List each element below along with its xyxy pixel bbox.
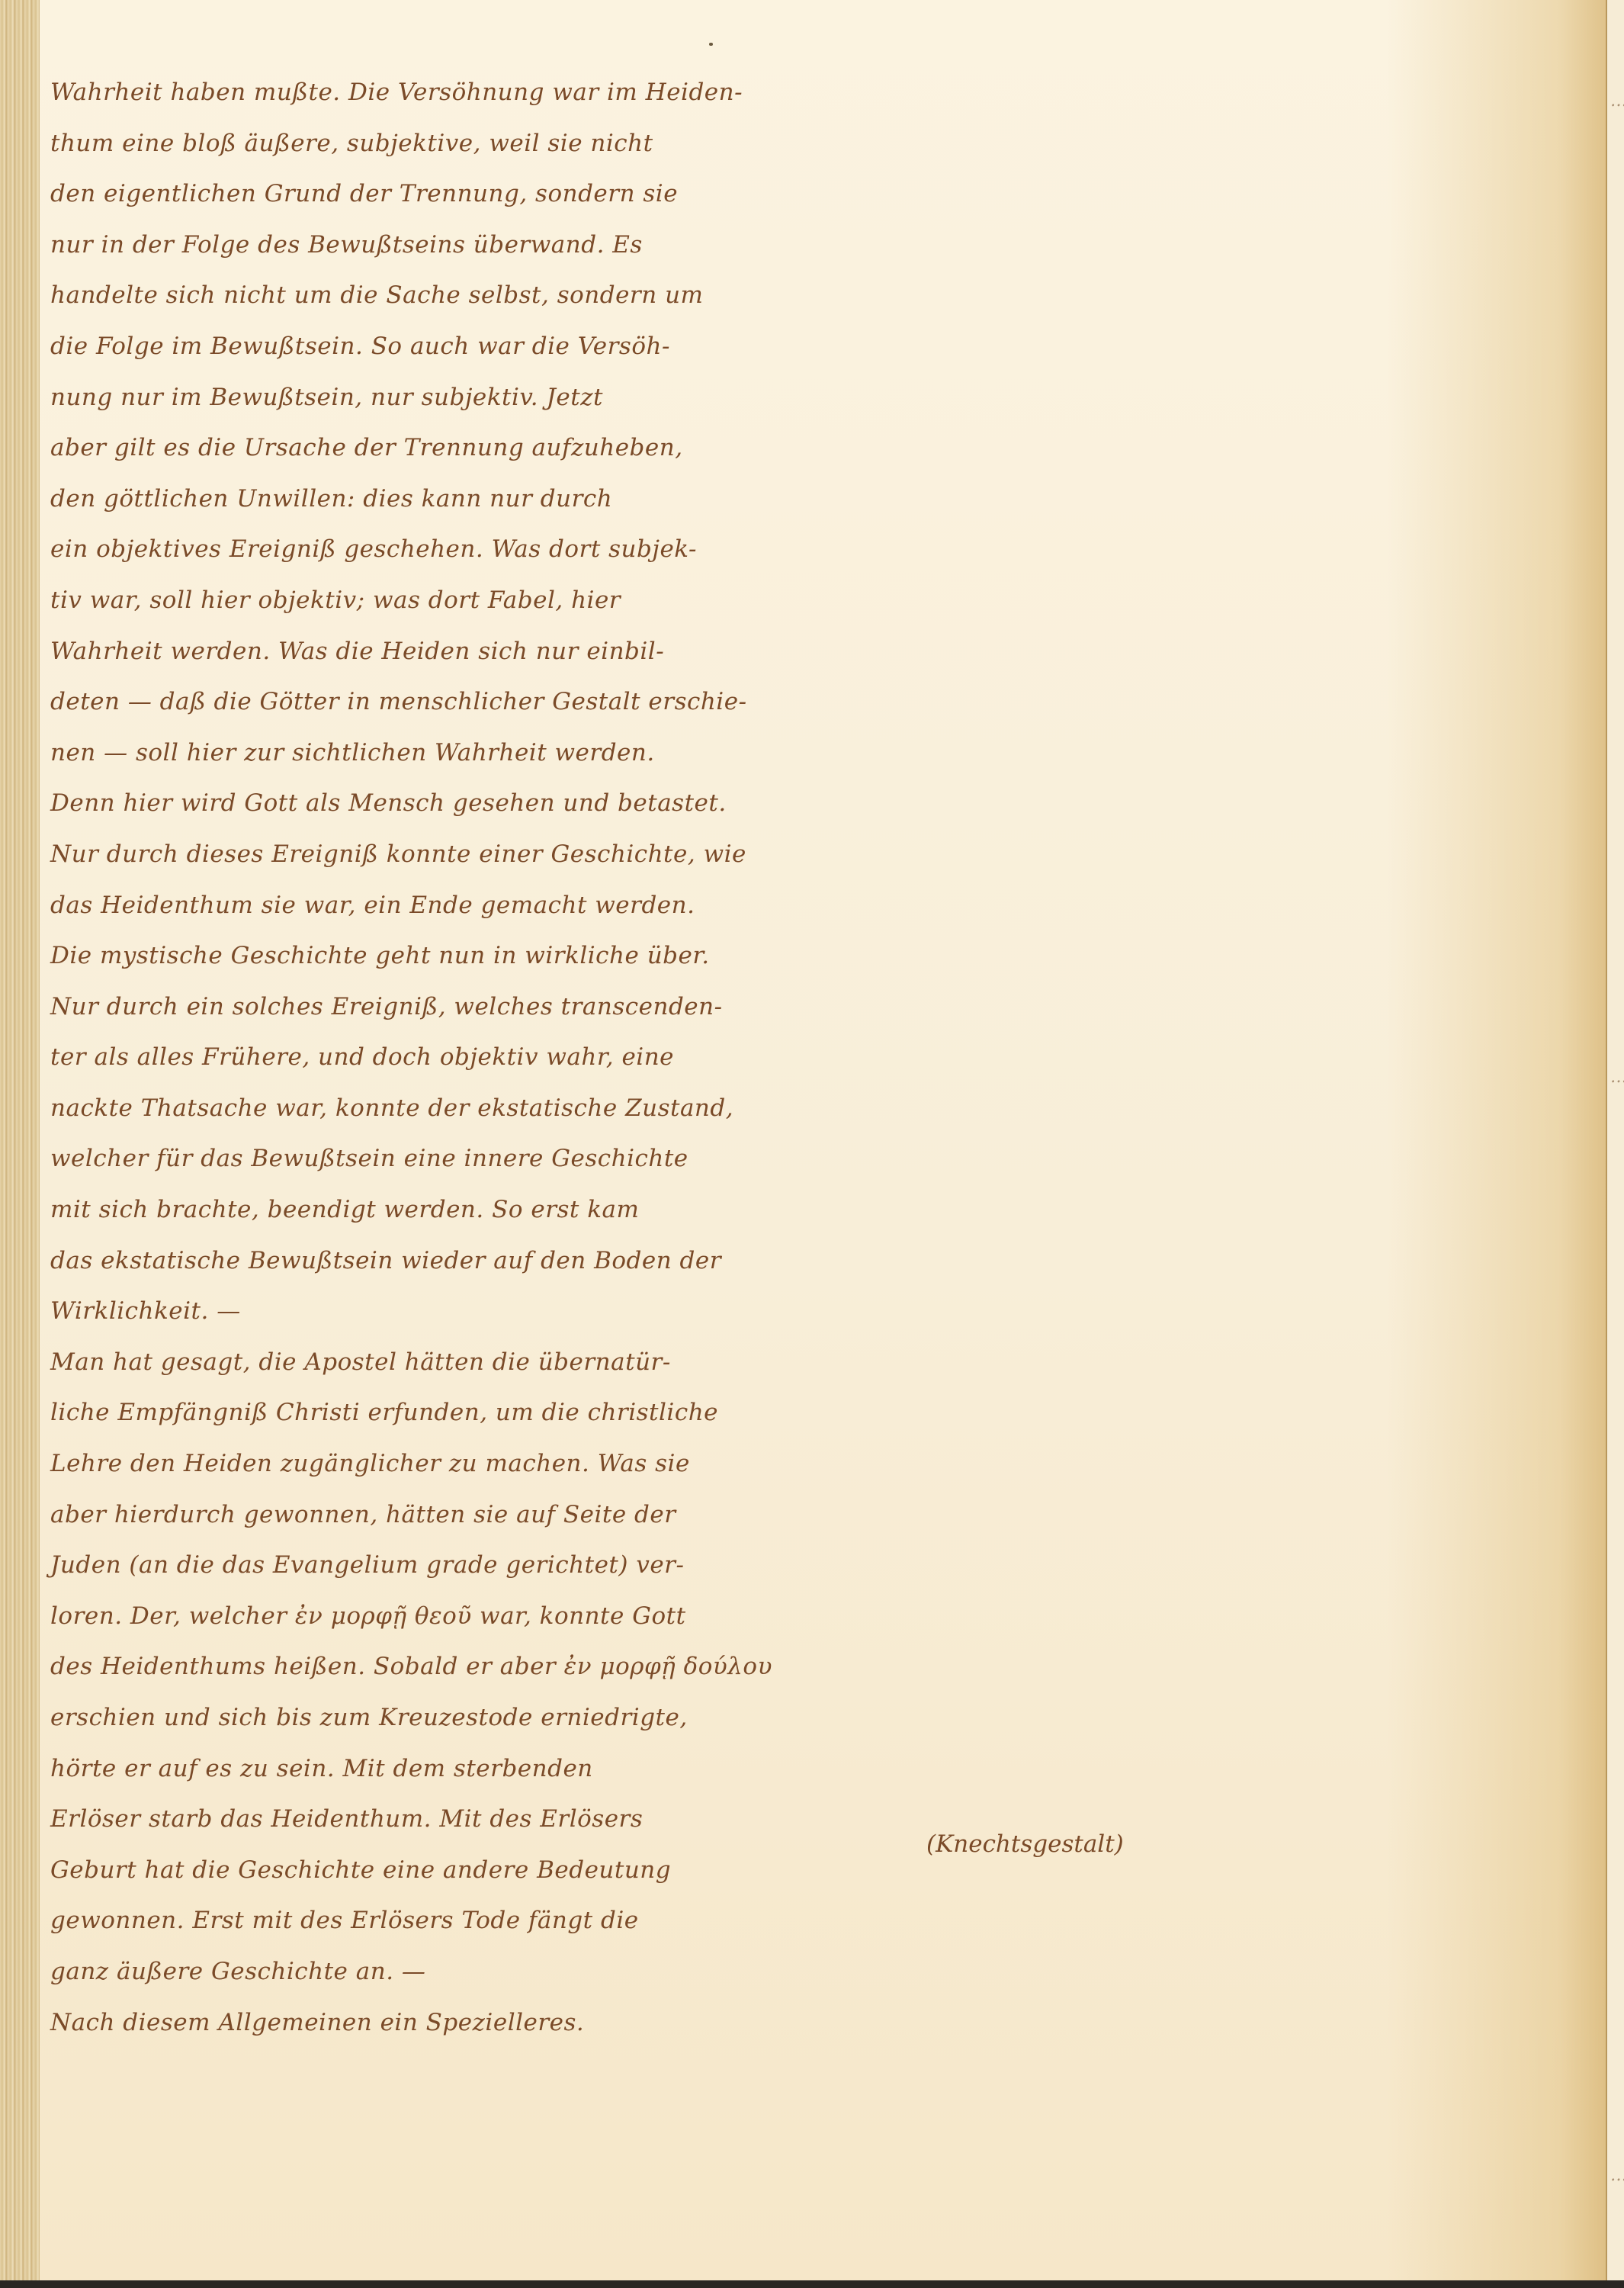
ink-speck [709, 43, 713, 46]
page-block-edge [0, 0, 41, 2280]
text-line: den eigentlichen Grund der Trennung, son… [50, 169, 1148, 220]
text-line: ter als alles Frühere, und doch objektiv… [50, 1032, 1148, 1083]
text-line: die Folge im Bewußtsein. So auch war die… [50, 321, 1148, 372]
text-line: Nach diesem Allgemeinen ein Spezielleres… [50, 1997, 1148, 2049]
text-line: das ekstatische Bewußtsein wieder auf de… [50, 1236, 1148, 1287]
facing-page-fragment: … [1610, 92, 1624, 111]
text-line: Wahrheit haben mußte. Die Versöhnung war… [50, 67, 1148, 118]
text-line: Denn hier wird Gott als Mensch gesehen u… [50, 778, 1148, 829]
text-line: aber gilt es die Ursache der Trennung au… [50, 423, 1148, 474]
text-line: aber hierdurch gewonnen, hätten sie auf … [50, 1489, 1148, 1541]
text-line: deten — daß die Götter in menschlicher G… [50, 676, 1148, 728]
text-line: des Heidenthums heißen. Sobald er aber ἐ… [50, 1641, 1148, 1692]
text-line: Nur durch dieses Ereigniß konnte einer G… [50, 829, 1148, 880]
text-line: Wirklichkeit. — [50, 1286, 1148, 1337]
text-line: erschien und sich bis zum Kreuzestode er… [50, 1692, 1148, 1743]
text-line: nur in der Folge des Bewußtseins überwan… [50, 220, 1148, 271]
text-line: loren. Der, welcher ἐν μορφῇ θεοῦ war, k… [50, 1591, 1148, 1642]
facing-page-fragment: … [1610, 2166, 1624, 2185]
text-line: mit sich brachte, beendigt werden. So er… [50, 1184, 1148, 1236]
text-line: nackte Thatsache war, konnte der ekstati… [50, 1083, 1148, 1134]
text-line: Man hat gesagt, die Apostel hätten die ü… [50, 1337, 1148, 1388]
text-line: liche Empfängniß Christi erfunden, um di… [50, 1387, 1148, 1438]
handwritten-text: Wahrheit haben mußte. Die Versöhnung war… [50, 67, 1148, 2048]
text-line: nung nur im Bewußtsein, nur subjektiv. J… [50, 372, 1148, 423]
text-line: Juden (an die das Evangelium grade geric… [50, 1540, 1148, 1591]
text-line: tiv war, soll hier objektiv; was dort Fa… [50, 575, 1148, 626]
text-line: nen — soll hier zur sichtlichen Wahrheit… [50, 728, 1148, 779]
text-line: den göttlichen Unwillen: dies kann nur d… [50, 474, 1148, 525]
text-line: welcher für das Bewußtsein eine innere G… [50, 1133, 1148, 1184]
text-line: thum eine bloß äußere, subjektive, weil … [50, 118, 1148, 169]
text-line: das Heidenthum sie war, ein Ende gemacht… [50, 880, 1148, 931]
parenthetical-gloss: (Knechtsgestalt) [926, 1830, 1124, 1858]
text-line: Lehre den Heiden zugänglicher zu machen.… [50, 1438, 1148, 1489]
facing-page-sliver: … … … [1606, 0, 1624, 2288]
scan-background-strip [0, 2280, 1624, 2288]
text-line: Die mystische Geschichte geht nun in wir… [50, 930, 1148, 982]
text-line: Wahrheit werden. Was die Heiden sich nur… [50, 626, 1148, 677]
text-line: gewonnen. Erst mit des Erlösers Tode fän… [50, 1895, 1148, 1946]
text-line: ganz äußere Geschichte an. — [50, 1946, 1148, 1997]
text-line: ein objektives Ereigniß geschehen. Was d… [50, 524, 1148, 575]
facing-page-fragment: … [1610, 1068, 1624, 1087]
manuscript-scan: Wahrheit haben mußte. Die Versöhnung war… [0, 0, 1624, 2288]
text-line: Nur durch ein solches Ereigniß, welches … [50, 982, 1148, 1033]
text-line: hörte er auf es zu sein. Mit dem sterben… [50, 1743, 1148, 1795]
text-line: handelte sich nicht um die Sache selbst,… [50, 270, 1148, 321]
